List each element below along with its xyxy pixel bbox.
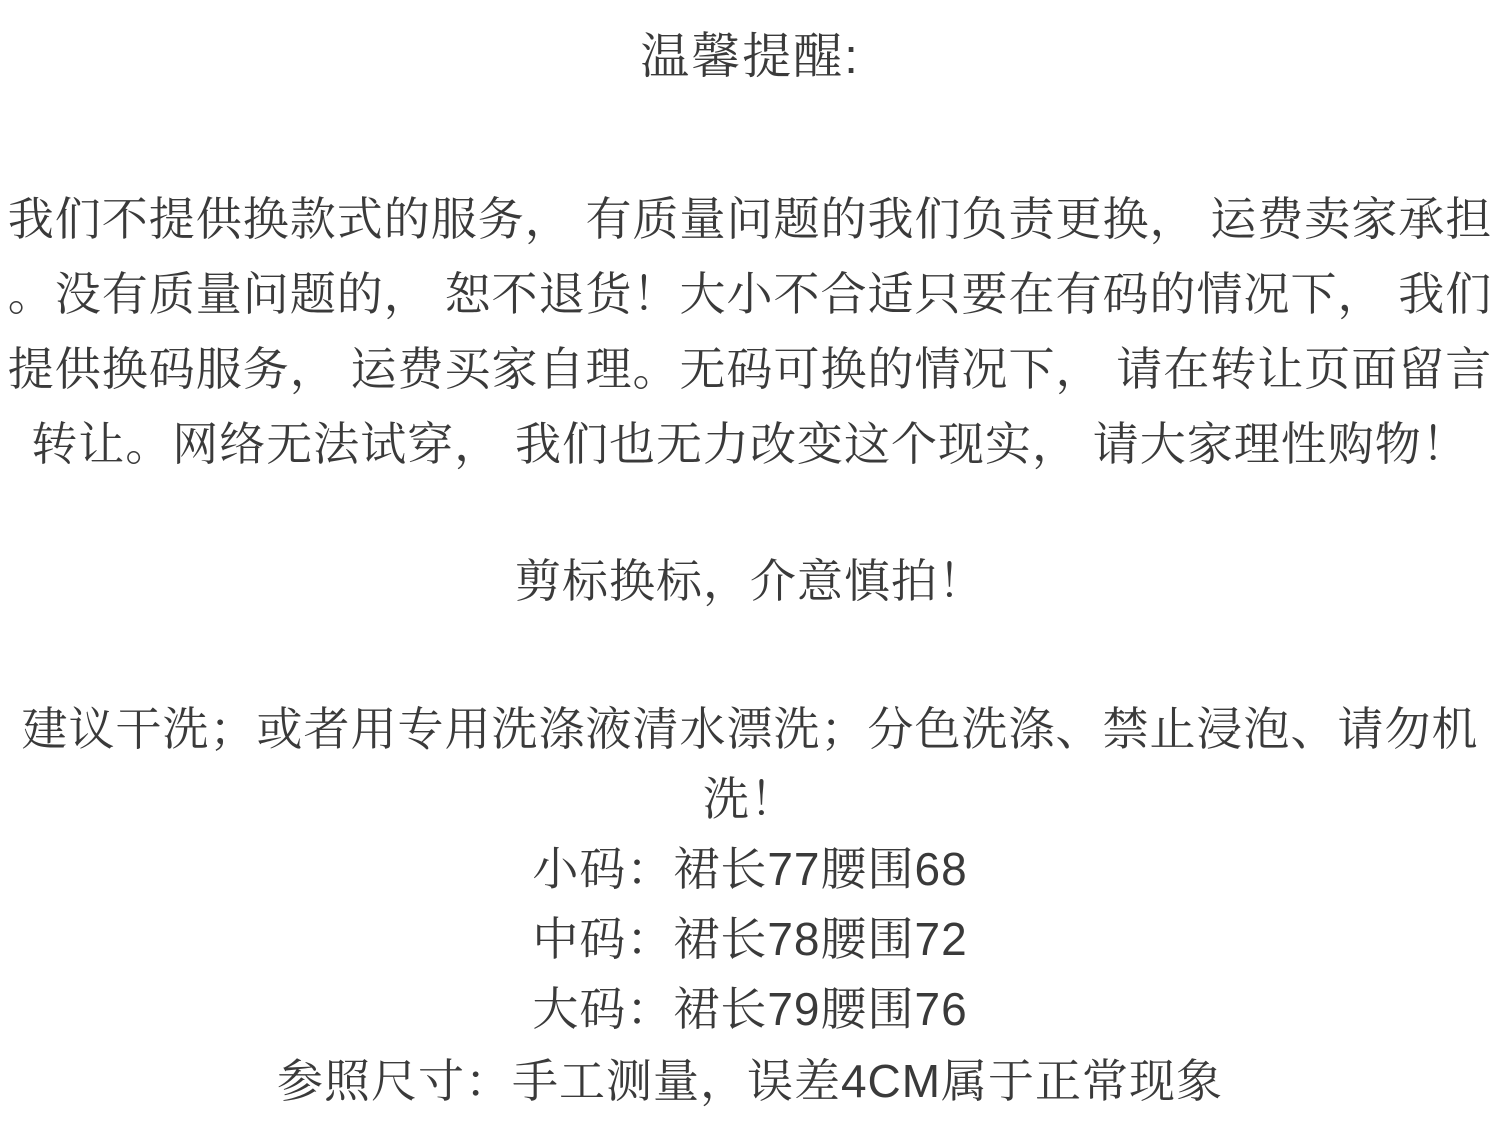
care-line: 建议干洗；或者用专用洗涤液清水漂洗；分色洗涤、禁止浸泡、请勿机 (0, 694, 1500, 764)
size-row-medium: 中码：裙长78腰围72 (0, 904, 1500, 974)
care-instructions: 建议干洗；或者用专用洗涤液清水漂洗；分色洗涤、禁止浸泡、请勿机 洗！ (0, 694, 1500, 834)
policy-line: 。没有质量问题的， 恕不退货！大小不合适只要在有码的情况下， 我们 (0, 257, 1500, 332)
policy-line: 转让。网络无法试穿， 我们也无力改变这个现实， 请大家理性购物！ (0, 407, 1500, 482)
notice-title: 温馨提醒: (0, 26, 1500, 88)
policy-line: 我们不提供换款式的服务， 有质量问题的我们负责更换， 运费卖家承担 (0, 182, 1500, 257)
size-row-large: 大码：裙长79腰围76 (0, 974, 1500, 1044)
measurement-note: 参照尺寸：手工测量，误差4CM属于正常现象 (0, 1050, 1500, 1112)
policy-line: 提供换码服务， 运费买家自理。无码可换的情况下， 请在转让页面留言 (0, 332, 1500, 407)
product-notice-page: 温馨提醒: 我们不提供换款式的服务， 有质量问题的我们负责更换， 运费卖家承担 … (0, 0, 1500, 1137)
label-warning-text: 剪标换标，介意慎拍！ (0, 550, 1500, 612)
exchange-policy-paragraph: 我们不提供换款式的服务， 有质量问题的我们负责更换， 运费卖家承担 。没有质量问… (0, 182, 1500, 482)
size-row-small: 小码：裙长77腰围68 (0, 834, 1500, 904)
size-chart: 小码：裙长77腰围68 中码：裙长78腰围72 大码：裙长79腰围76 (0, 834, 1500, 1044)
care-line: 洗！ (0, 764, 1500, 834)
